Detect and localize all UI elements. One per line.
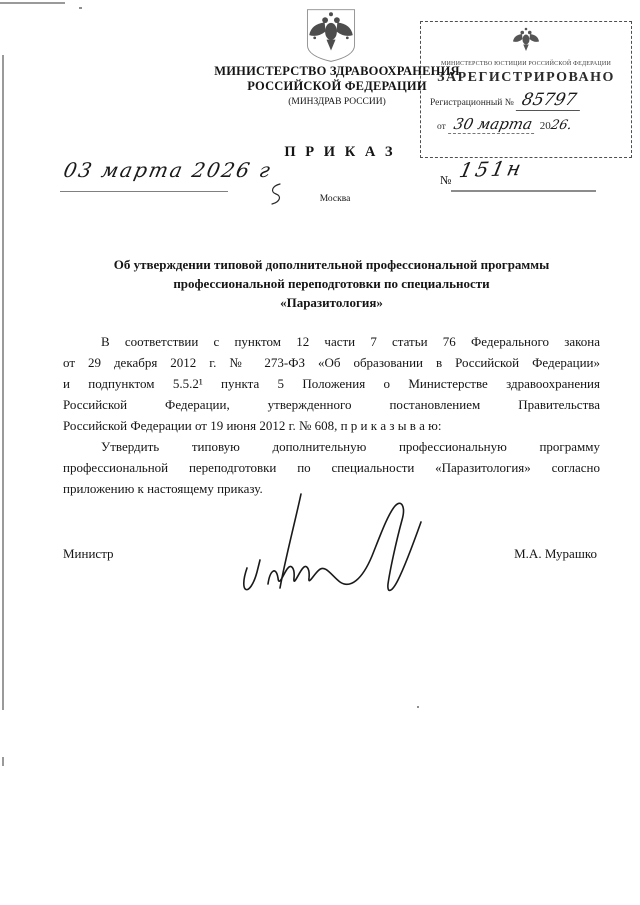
number-underline bbox=[451, 190, 596, 192]
order-title-line: профессиональной переподготовки по специ… bbox=[63, 274, 600, 293]
stamp-coat-of-arms-icon bbox=[421, 25, 631, 60]
city-label: Москва bbox=[285, 194, 385, 204]
body-line: и подпунктом 5.5.2¹ пункта 5 Положения о… bbox=[63, 373, 600, 394]
stamp-reg-number-handwritten: 85797 bbox=[516, 90, 585, 111]
ministry-name-line2: РОССИЙСКОЙ ФЕДЕРАЦИИ bbox=[187, 79, 487, 94]
scan-artifact-left-dash bbox=[2, 757, 4, 766]
signer-post-label: Министр bbox=[63, 546, 114, 562]
ministry-short-name: (МИНЗДРАВ РОССИИ) bbox=[187, 96, 487, 109]
minister-signature-icon bbox=[225, 482, 437, 604]
order-title: Об утверждении типовой дополнительной пр… bbox=[63, 255, 600, 312]
stamp-date-handwritten: 30 марта bbox=[448, 115, 538, 134]
stamp-date-prefix: от bbox=[437, 122, 446, 132]
ministry-header: МИНИСТЕРСТВО ЗДРАВООХРАНЕНИЯ РОССИЙСКОЙ … bbox=[187, 64, 487, 109]
document-type-heading: П Р И К А З bbox=[250, 144, 430, 161]
body-line: Российской Федерации, утвержденного пост… bbox=[63, 394, 600, 415]
body-line: профессиональной переподготовки по специ… bbox=[63, 457, 600, 478]
stamp-date-row: от 30 марта 2026. bbox=[421, 115, 631, 134]
order-number-prefix: № bbox=[440, 173, 451, 188]
order-date-handwritten: 03 марта 2026 г bbox=[61, 158, 274, 182]
scan-artifact-top-line bbox=[0, 2, 65, 4]
scan-artifact-left-line bbox=[2, 55, 4, 710]
signer-name: М.А. Мурашко bbox=[440, 546, 597, 562]
ministry-name-line1: МИНИСТЕРСТВО ЗДРАВООХРАНЕНИЯ bbox=[187, 64, 487, 79]
order-document-page: МИНИСТЕРСТВО ЗДРАВООХРАНЕНИЯ РОССИЙСКОЙ … bbox=[0, 0, 640, 905]
date-underline bbox=[60, 191, 228, 192]
order-title-line: Об утверждении типовой дополнительной пр… bbox=[63, 255, 600, 274]
body-line: от 29 декабря 2012 г. № 273-ФЗ «Об образ… bbox=[63, 352, 600, 373]
body-line: В соответствии с пунктом 12 части 7 стат… bbox=[63, 331, 600, 352]
order-body: В соответствии с пунктом 12 части 7 стат… bbox=[63, 331, 600, 499]
scan-artifact-dot bbox=[79, 7, 82, 9]
ink-squiggle-mark bbox=[266, 182, 284, 206]
russian-coat-of-arms-icon bbox=[300, 7, 362, 65]
order-title-line: «Паразитология» bbox=[63, 293, 600, 312]
stamp-year-handwritten: 26. bbox=[549, 118, 573, 133]
body-line: Утвердить типовую дополнительную професс… bbox=[63, 436, 600, 457]
body-line: Российской Федерации от 19 июня 2012 г. … bbox=[63, 415, 600, 436]
scan-artifact-dot bbox=[417, 706, 419, 708]
order-number-handwritten: 151н bbox=[457, 156, 526, 182]
